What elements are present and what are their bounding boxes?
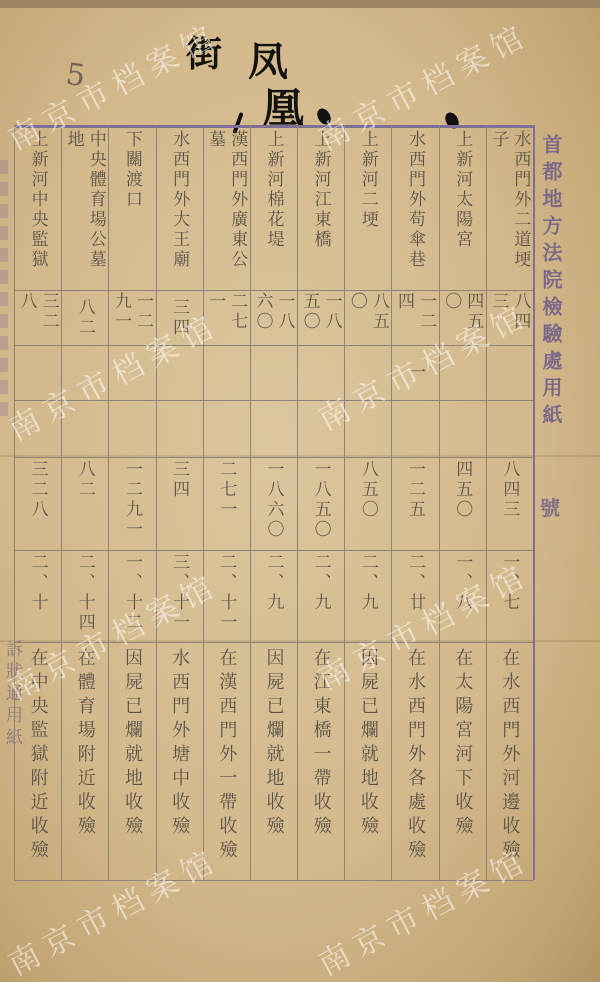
record-count: 四五〇 — [443, 460, 482, 548]
record-count-top: 八五〇 — [348, 292, 387, 344]
table-column-rule — [391, 125, 392, 880]
table-column-rule — [297, 125, 298, 880]
record-date: 一、十二 — [112, 553, 151, 641]
record-location: 上新河中央監獄 — [18, 130, 57, 288]
record-extra — [348, 347, 387, 399]
table-rule — [14, 345, 533, 346]
record-count: 八二 — [65, 460, 104, 548]
record-count: 八四三 — [490, 460, 529, 548]
record-extra — [65, 347, 104, 399]
record-date: 二、廿 — [395, 553, 434, 641]
form-header-stamp: 首都地方法院檢驗處用紙 — [537, 134, 566, 431]
record-location: 下關渡口 — [112, 130, 151, 288]
record-remark: 在太陽宮河下收殮 — [443, 648, 482, 876]
form-number-label: 號 — [540, 492, 560, 521]
ink-dot — [315, 106, 334, 127]
record-count: 一二五 — [395, 460, 434, 548]
record-location: 水西門外二道埂子 — [490, 130, 529, 288]
record-count: 三四 — [160, 460, 199, 548]
table-column-rule — [533, 125, 535, 880]
record-remark: 在體育場附近收殮 — [65, 648, 104, 876]
table-column-rule — [108, 125, 109, 880]
table-column-rule — [156, 125, 157, 880]
table-column-rule — [250, 125, 251, 880]
record-location: 中央體育場公墓地 — [65, 130, 104, 288]
table-rule — [14, 290, 533, 291]
record-remark: 水西門外塘中收殮 — [160, 648, 199, 876]
record-extra — [443, 347, 482, 399]
record-count-top: 八二 — [65, 292, 104, 344]
page-number: 5 — [64, 57, 88, 94]
record-count-top: 八四三 — [490, 292, 529, 344]
record-count-top: 三四 — [160, 292, 199, 344]
table-rule — [14, 400, 533, 401]
record-count: 一八五〇 — [301, 460, 340, 548]
record-date: 二、十一 — [207, 553, 246, 641]
record-remark: 因屍已爛就地收殮 — [112, 648, 151, 876]
record-count-top: 一八六〇 — [254, 292, 293, 344]
record-date: 三、十一 — [160, 553, 199, 641]
record-count: 八五〇 — [348, 460, 387, 548]
table-rule — [14, 125, 533, 128]
record-date: 二、九 — [348, 553, 387, 641]
record-location: 水西門外苟傘巷 — [395, 130, 434, 288]
annotation-char: 街 — [186, 26, 222, 77]
table-rule — [14, 457, 533, 458]
record-date: 二、九 — [301, 553, 340, 641]
table-column-rule — [439, 125, 440, 880]
table-column-rule — [14, 125, 15, 880]
record-count-top: 一八五〇 — [301, 292, 340, 344]
record-remark: 在江東橋一帶收殮 — [301, 648, 340, 876]
record-count-top: 四五〇 — [443, 292, 482, 344]
record-count-top: 二七一 — [207, 292, 246, 344]
record-count: 三二八 — [18, 460, 57, 548]
record-count: 一二九一 — [112, 460, 151, 548]
record-extra — [160, 347, 199, 399]
record-location: 上新河二埂 — [348, 130, 387, 288]
record-extra — [301, 347, 340, 399]
record-extra — [112, 347, 151, 399]
record-remark: 在水西門外各處收殮 — [395, 648, 434, 876]
record-remark: 因屍已爛就地收殮 — [254, 648, 293, 876]
record-extra — [18, 347, 57, 399]
record-date: 一、七 — [490, 553, 529, 641]
page-top-edge — [0, 0, 600, 8]
record-date: 二、九 — [254, 553, 293, 641]
record-count-top: 一二四 — [395, 292, 434, 344]
table-column-rule — [344, 125, 345, 880]
record-remark: 在漢西門外一帶收殮 — [207, 648, 246, 876]
record-remark: 在中央監獄附近收殮 — [18, 648, 57, 876]
record-count-top: 三二八 — [18, 292, 57, 344]
record-location: 上新河棉花堤 — [254, 130, 293, 288]
table-rule — [14, 550, 533, 551]
table-rule — [14, 880, 533, 881]
record-count-top: 一二九一 — [112, 292, 151, 344]
record-remark: 在水西門外河邊收殮 — [490, 648, 529, 876]
margin-faded-print — [0, 160, 8, 420]
record-location: 上新河江東橋 — [301, 130, 340, 288]
table-rule — [14, 642, 533, 643]
record-location: 漢西門外廣東公墓 — [207, 130, 246, 288]
record-remark: 因屍已爛就地收殮 — [348, 648, 387, 876]
record-extra — [207, 347, 246, 399]
record-location: 上新河太陽宮 — [443, 130, 482, 288]
record-extra — [254, 347, 293, 399]
record-extra — [490, 347, 529, 399]
record-date: 二、十 — [18, 553, 57, 641]
record-count: 二七一 — [207, 460, 246, 548]
record-date: 一、八 — [443, 553, 482, 641]
record-location: 水西門外大王廟 — [160, 130, 199, 288]
record-extra: 一 — [395, 347, 434, 399]
record-count: 一八六〇 — [254, 460, 293, 548]
record-date: 二、十四 — [65, 553, 104, 641]
